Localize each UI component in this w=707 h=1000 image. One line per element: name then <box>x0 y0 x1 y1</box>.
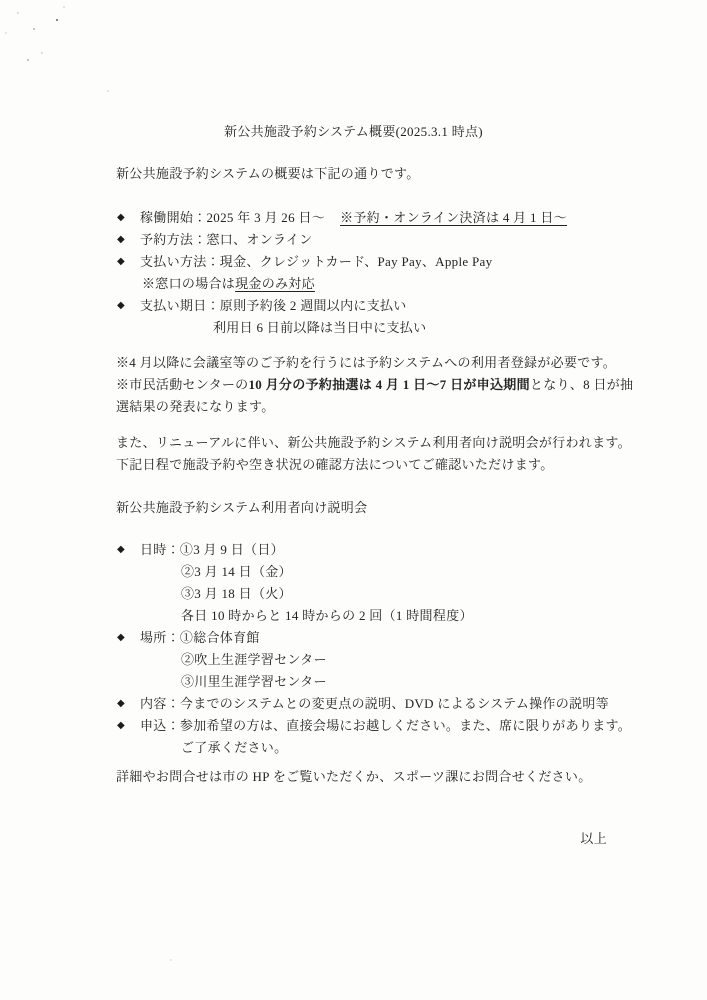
session-apply-line2: ご了承ください。 <box>181 737 707 759</box>
diamond-bullet-icon: ◆ <box>117 693 140 715</box>
diamond-bullet-icon: ◆ <box>117 539 140 561</box>
online-payment-note-underlined: ※予約・オンライン決済は 4 月 1 日～ <box>340 210 567 225</box>
diamond-bullet-icon: ◆ <box>117 207 140 229</box>
bullet-session-apply: ◆ 申込：参加希望の方は、直接会場にお越しください。また、席に限りがあります。 <box>117 715 707 737</box>
note-user-registration: ※4 月以降に会議室等のご予約を行うには予約システムへの利用者登録が必要です。 <box>116 352 707 374</box>
bullet-session-place: ◆ 場所：①総合体育館 <box>117 627 707 649</box>
bullet-payment-deadline: ◆ 支払い期日：原則予約後 2 週間以内に支払い <box>117 295 707 317</box>
scan-noise-speck <box>27 59 29 61</box>
note-lottery-line1: ※市民活動センターの10 月分の予約抽選は 4 月 1 日～7 日が申込期間とな… <box>116 374 707 396</box>
scan-noise-speck <box>107 90 109 92</box>
overview-bullet-list: ◆ 稼働開始：2025 年 3 月 26 日～※予約・オンライン決済は 4 月 … <box>0 207 707 339</box>
diamond-bullet-icon: ◆ <box>117 627 140 649</box>
lottery-period-bold: 10 月分の予約抽選は 4 月 1 日～7 日が申込期間 <box>248 377 529 392</box>
scan-noise-speck <box>63 6 65 8</box>
renewal-paragraph: また、リニューアルに伴い、新公共施設予約システム利用者向け説明会が行われます。 … <box>0 432 707 476</box>
session-place-line2: ②吹上生涯学習センター <box>181 649 707 671</box>
cash-only-underlined: 現金のみ対応 <box>235 276 315 291</box>
payment-deadline-line2: 利用日 6 日前以降は当日中に支払い <box>213 317 707 339</box>
note-lottery-line2: 選結果の発表になります。 <box>116 396 707 418</box>
scan-noise-speck <box>41 52 43 54</box>
page-title: 新公共施設予約システム概要(2025.3.1 時点) <box>0 121 707 143</box>
bullet-payment-method: ◆ 支払い方法：現金、クレジットカード、Pay Pay、Apple Pay <box>117 251 707 273</box>
note-window-cash-only: ※窓口の場合は現金のみ対応 <box>142 273 707 295</box>
bullet-reservation-method: ◆ 予約方法：窓口、オンライン <box>117 229 707 251</box>
diamond-bullet-icon: ◆ <box>117 295 140 317</box>
scan-noise-speck <box>56 19 58 21</box>
session-content-text: 内容：今までのシステムとの変更点の説明、DVD によるシステム操作の説明等 <box>140 693 609 715</box>
session-time-note: 各日 10 時からと 14 時からの 2 回（1 時間程度） <box>181 605 707 627</box>
scan-noise-speck <box>17 12 19 14</box>
reservation-method-text: 予約方法：窓口、オンライン <box>140 229 313 251</box>
footer-contact: 詳細やお問合せは市の HP をご覧いただくか、スポーツ課にお問合せください。 <box>116 766 707 788</box>
payment-method-text: 支払い方法：現金、クレジットカード、Pay Pay、Apple Pay <box>140 251 492 273</box>
diamond-bullet-icon: ◆ <box>117 251 140 273</box>
session-datetime-line1: 日時：①3 月 9 日（日） <box>140 539 284 561</box>
diamond-bullet-icon: ◆ <box>117 715 140 737</box>
scan-noise-speck <box>33 28 35 30</box>
session-datetime-line2: ②3 月 14 日（金） <box>181 561 707 583</box>
session-datetime-line3: ③3 月 18 日（火） <box>181 583 707 605</box>
scan-noise-speck <box>170 959 172 961</box>
notes-section: ※4 月以降に会議室等のご予約を行うには予約システムへの利用者登録が必要です。 … <box>0 352 707 418</box>
bullet-session-content: ◆ 内容：今までのシステムとの変更点の説明、DVD によるシステム操作の説明等 <box>117 693 707 715</box>
renewal-line2: 下記日程で施設予約や空き状況の確認方法についてご確認いただけます。 <box>116 454 707 476</box>
session-bullet-list: ◆ 日時：①3 月 9 日（日） ②3 月 14 日（金） ③3 月 18 日（… <box>0 539 707 759</box>
session-place-line3: ③川里生涯学習センター <box>181 671 707 693</box>
bullet-session-datetime: ◆ 日時：①3 月 9 日（日） <box>117 539 707 561</box>
session-heading: 新公共施設予約システム利用者向け説明会 <box>116 497 707 519</box>
scanned-document-page: 新公共施設予約システム概要(2025.3.1 時点) 新公共施設予約システムの概… <box>0 0 707 1000</box>
scan-noise-speck <box>5 32 7 34</box>
diamond-bullet-icon: ◆ <box>117 229 140 251</box>
operation-start-text: 稼働開始：2025 年 3 月 26 日～ <box>140 210 325 225</box>
closing-text: 以上 <box>0 828 707 850</box>
renewal-line1: また、リニューアルに伴い、新公共施設予約システム利用者向け説明会が行われます。 <box>116 432 707 454</box>
bullet-operation-start: ◆ 稼働開始：2025 年 3 月 26 日～※予約・オンライン決済は 4 月 … <box>117 207 707 229</box>
session-place-line1: 場所：①総合体育館 <box>140 627 260 649</box>
session-apply-line1: 申込：参加希望の方は、直接会場にお越しください。また、席に限りがあります。 <box>140 715 631 737</box>
intro-text: 新公共施設予約システムの概要は下記の通りです。 <box>116 163 707 185</box>
payment-deadline-text: 支払い期日：原則予約後 2 週間以内に支払い <box>140 295 407 317</box>
